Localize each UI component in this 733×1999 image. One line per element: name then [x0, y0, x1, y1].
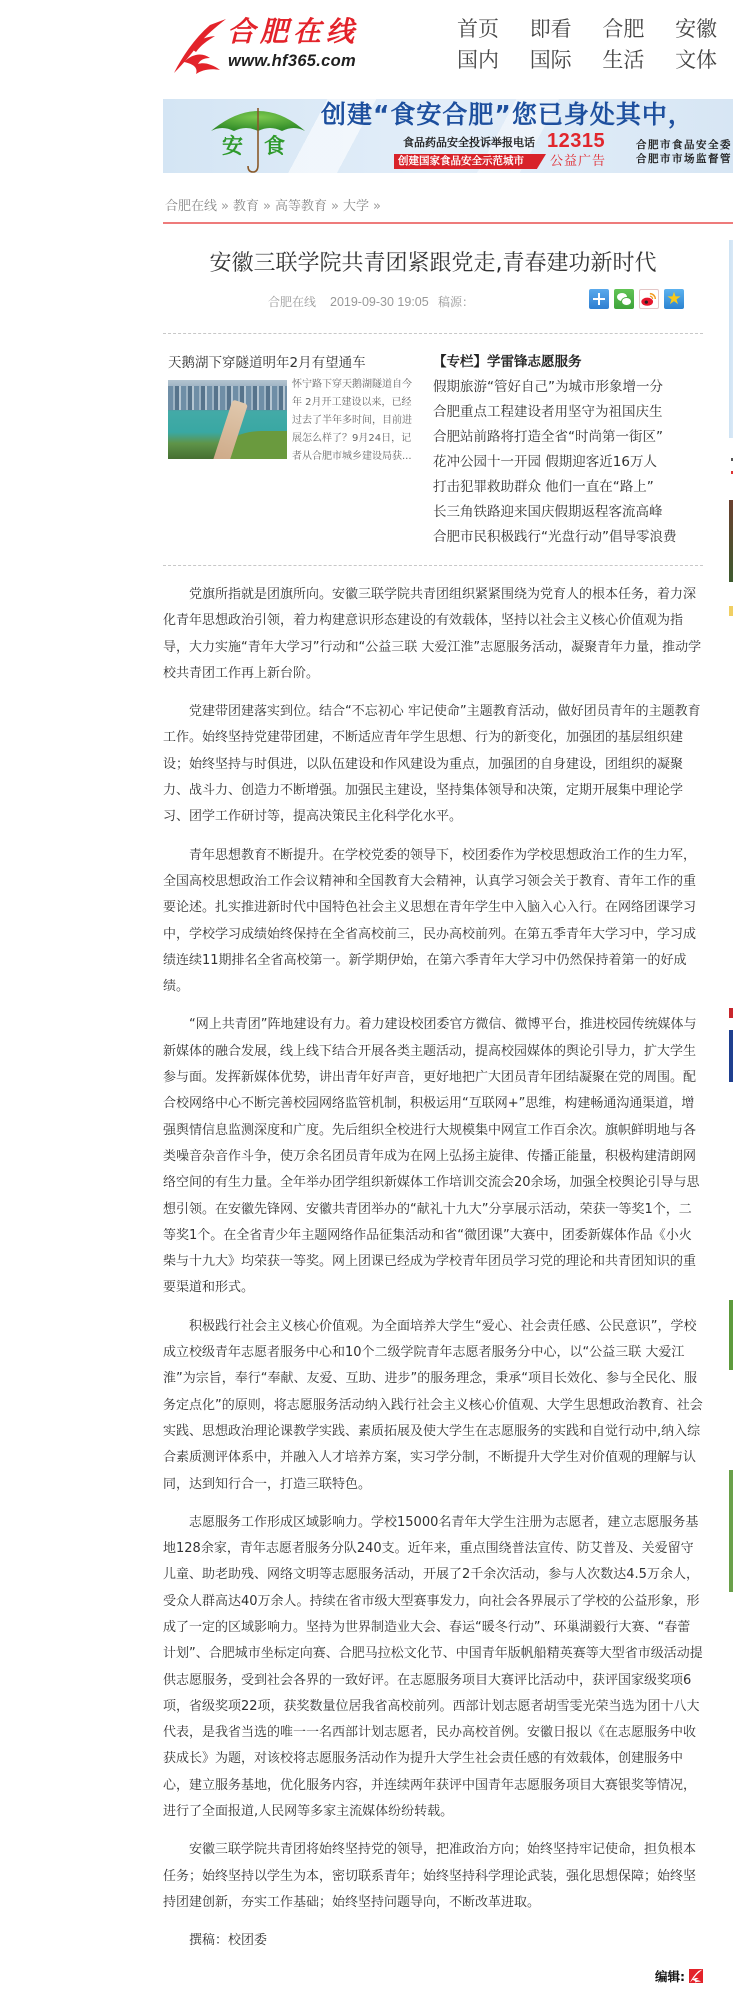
banner-org-2: 合肥市市场监督管: [636, 153, 732, 165]
nav-home[interactable]: 首页: [457, 14, 530, 45]
related-news-item[interactable]: 打击犯罪救助群众 他们一直在“路上”: [433, 475, 677, 500]
nav-life[interactable]: 生活: [602, 45, 675, 76]
nav-anhui[interactable]: 安徽: [675, 14, 733, 45]
related-list-header[interactable]: 【专栏】学雷锋志愿服务: [433, 350, 677, 375]
banner-city-tag: 创建国家食品安全示范城市: [394, 154, 546, 169]
article-paragraph: 党旗所指就是团旗所向。安徽三联学院共青团组织紧紧围绕为党育人的根本任务，着力深化…: [163, 582, 703, 687]
share-more-icon[interactable]: [589, 289, 609, 309]
article-paragraph: 党建带团建落实到位。结合“不忘初心 牢记使命”主题教育活动，做好团员青年的主题教…: [163, 699, 703, 830]
featured-news-image[interactable]: [168, 380, 287, 459]
nav-jikan[interactable]: 即看: [530, 14, 603, 45]
logo-text: 合肥在线: [227, 16, 359, 48]
related-news-list: 【专栏】学雷锋志愿服务 假期旅游“管好自己”为城市形象增一分 合肥重点工程建设者…: [433, 350, 677, 550]
sidebar-image[interactable]: [729, 500, 733, 582]
breadcrumb-separator: »: [373, 199, 381, 214]
banner-org-1: 合肥市食品安全委: [636, 139, 732, 151]
related-news-item[interactable]: 花冲公园十一开园 假期迎客近16万人: [433, 450, 677, 475]
nav-international[interactable]: 国际: [530, 45, 603, 76]
featured-news-title[interactable]: 天鹅湖下穿隧道明年2月有望通车: [168, 355, 366, 371]
article-byline: 撰稿：校团委: [163, 1928, 703, 1954]
related-news-item[interactable]: 合肥重点工程建设者用坚守为祖国庆生: [433, 400, 677, 425]
article-paragraph: 志愿服务工作形成区域影响力。学校15000名青年大学生注册为志愿者，建立志愿服务…: [163, 1510, 703, 1826]
breadcrumb-separator: »: [221, 199, 229, 214]
qzone-icon[interactable]: ★: [664, 289, 684, 309]
featured-news-summary: 怀宁路下穿天鹅湖隧道自今年 2月开工建设以来，已经过去了半年多时间，目前进展怎么…: [292, 376, 414, 466]
breadcrumb-item-higher-education[interactable]: 高等教育: [275, 199, 327, 214]
breadcrumb-item-education[interactable]: 教育: [233, 199, 259, 214]
article-paragraph: “网上共青团”阵地建设有力。着力建设校团委官方微信、微博平台，推进校园传统媒体与…: [163, 1012, 703, 1301]
article-datetime: 2019-09-30 19:05: [330, 294, 429, 310]
sidebar-image[interactable]: [729, 1470, 733, 1592]
share-bar: ★: [589, 289, 684, 309]
sidebar-image[interactable]: [729, 1300, 733, 1370]
nav-culture-sports[interactable]: 文体: [675, 45, 733, 76]
nav-domestic[interactable]: 国内: [457, 45, 530, 76]
banner-hotline-number: 12315: [547, 131, 605, 151]
section-divider-dashed: [163, 333, 703, 334]
logo-url: www.hf365.com: [228, 53, 356, 69]
weibo-icon[interactable]: [639, 289, 659, 309]
breadcrumb-item-home[interactable]: 合肥在线: [165, 199, 217, 214]
breadcrumb-item-university[interactable]: 大学: [343, 199, 369, 214]
article-paragraph: 青年思想教育不断提升。在学校党委的领导下，校团委作为学校思想政治工作的生力军，全…: [163, 843, 703, 1001]
section-divider-dashed: [163, 565, 703, 566]
banner-char-shi: 食: [264, 135, 285, 157]
breadcrumb-separator: »: [263, 199, 271, 214]
article-site: 合肥在线: [268, 294, 316, 310]
editor-line: 编辑:: [163, 1967, 703, 1987]
related-news-item[interactable]: 假期旅游“管好自己”为城市形象增一分: [433, 375, 677, 400]
breadcrumb: 合肥在线»教育»高等教育»大学»: [165, 199, 385, 215]
main-nav: 首页 即看 合肥 安徽 国内 国际 生活 文体: [457, 14, 733, 76]
banner-slogan: 创建“食安合肥”您已身处其中，: [321, 100, 694, 130]
article-paragraph: 安徽三联学院共青团将始终坚持党的领导，把准政治方向；始终坚持牢记使命，担负根本任…: [163, 1837, 703, 1916]
sidebar-item: [729, 606, 733, 616]
article-paragraph: 积极践行社会主义核心价值观。为全面培养大学生“爱心、社会责任感、公民意识”，学校…: [163, 1314, 703, 1498]
sidebar-item: [729, 1008, 733, 1018]
article-source-label: 稿源：: [438, 294, 474, 310]
banner-char-an: 安: [222, 135, 243, 157]
sidebar-image[interactable]: [729, 1030, 733, 1082]
editor-label: 编辑:: [655, 1969, 685, 1984]
banner-psa-label: 公益广告: [550, 153, 606, 170]
food-safety-banner-ad[interactable]: 安 食 创建“食安合肥”您已身处其中， 食品药品安全投诉举报电话 12315 创…: [163, 99, 733, 173]
wechat-icon[interactable]: [614, 289, 634, 309]
nav-hefei[interactable]: 合肥: [602, 14, 675, 45]
article-body: 党旗所指就是团旗所向。安徽三联学院共青团组织紧紧围绕为党育人的根本任务，着力深化…: [163, 582, 703, 1987]
logo-swoosh-icon: [170, 17, 228, 75]
sidebar-panel: [729, 240, 733, 438]
breadcrumb-separator: »: [331, 199, 339, 214]
header-divider: [163, 222, 733, 224]
banner-hotline-label: 食品药品安全投诉举报电话: [403, 136, 535, 149]
article-title: 安徽三联学院共青团紧跟党走,青春建功新时代: [163, 250, 703, 278]
editor-logo-icon: [689, 1969, 703, 1983]
related-news-item[interactable]: 合肥市民积极践行“光盘行动”倡导零浪费: [433, 525, 677, 550]
related-news-item[interactable]: 长三角铁路迎来国庆假期返程客流高峰: [433, 500, 677, 525]
related-news-item[interactable]: 合肥站前路将打造全省“时尚第一街区”: [433, 425, 677, 450]
site-logo[interactable]: 合肥在线 www.hf365.com: [168, 14, 368, 76]
